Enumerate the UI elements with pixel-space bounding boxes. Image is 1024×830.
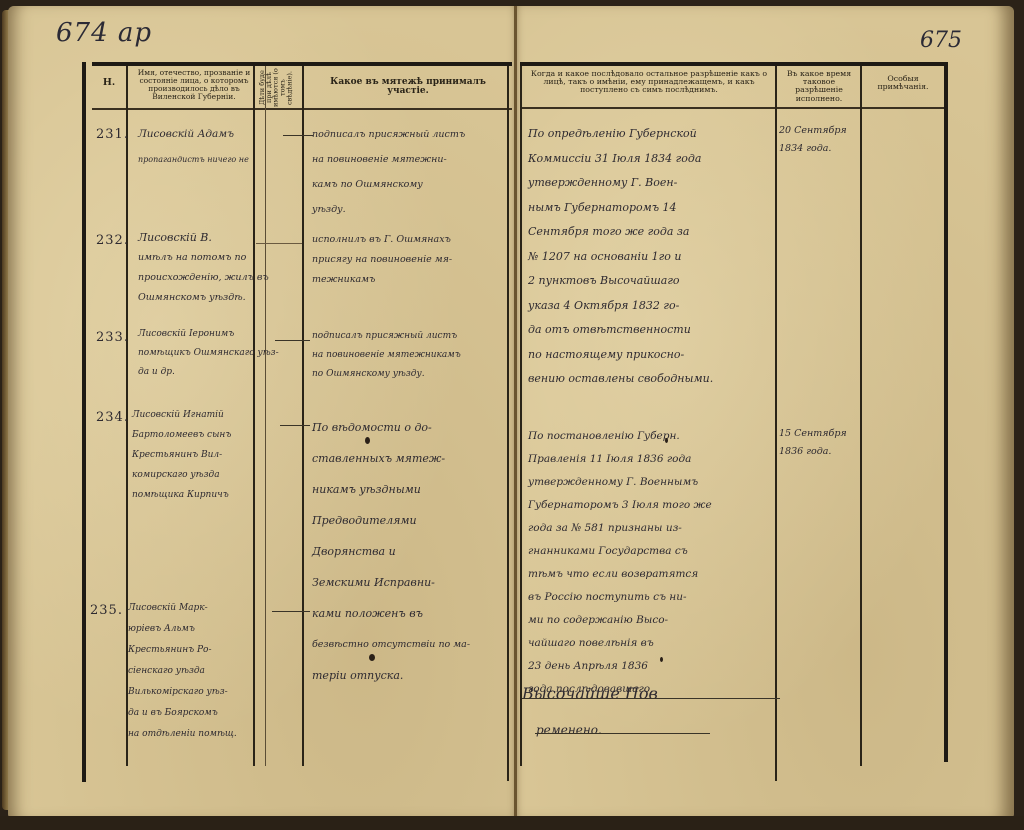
executed-line: 1834 года. (779, 140, 847, 158)
resolution-line: По опредѣленію Губернской (528, 122, 713, 147)
note-underline (535, 733, 710, 734)
participation-line: камъ по Ошмянскому (312, 172, 465, 197)
column-rule-name (253, 66, 255, 766)
name-line: Лисовскій Марк- (128, 598, 237, 619)
ink-spot (369, 654, 375, 661)
name-line: Лисовскій В. (138, 228, 269, 248)
entry-number-234: 234. (96, 405, 129, 430)
entry-dash (280, 425, 310, 426)
name-line: юріевъ Альмъ (128, 619, 237, 640)
header-bottom-rule-right (520, 107, 948, 109)
ledger-book-spread: 674 ар 675 Н. Имя, отечество, прозваніе … (0, 0, 1024, 830)
resolution-line: Губернаторомъ 3 Іюля того же (528, 494, 712, 517)
participation-line: ками положенъ въ (312, 598, 470, 629)
name-line: Бартоломеевъ сынъ (132, 425, 231, 445)
name-line: помѣщика Кирпичъ (132, 485, 231, 505)
participation-line: исполнилъ въ Г. Ошмянахъ (312, 230, 452, 250)
resolution-line: гнанниками Государства съ (528, 540, 712, 563)
name-line: да и др. (138, 363, 279, 382)
header-number: Н. (93, 78, 125, 88)
entry-232-name: Лисовскій В. имѣлъ на потомъ по происхож… (138, 228, 269, 308)
ink-spot (365, 437, 370, 444)
name-line: помѣщикъ Ошмянскаго уѣз- (138, 344, 279, 363)
resolution-line: Правленія 11 Іюля 1836 года (528, 448, 712, 471)
entry-number-233: 233. (96, 325, 129, 350)
note-line: ременено. (522, 712, 658, 748)
ink-spot (665, 438, 668, 443)
right-margin-rule (944, 62, 948, 762)
entry-233-name: Лисовскій Іеронимъ помѣщикъ Ошмянскаго у… (138, 325, 279, 382)
participation-line: присягу на повиновеніе мя- (312, 250, 452, 270)
right-page-left-rule (520, 66, 522, 766)
resolution-line: По постановленію Губерн. (528, 425, 712, 448)
entry-number-235: 235. (90, 598, 123, 623)
entry-234-resolution: По постановленію Губерн. Правленія 11 Ію… (528, 425, 712, 701)
entry-235-name: Лисовскій Марк- юріевъ Альмъ Крестьянинъ… (128, 598, 237, 745)
entry-234-participation: По вѣдомости о до- ставленныхъ мятеж- ни… (312, 412, 470, 691)
participation-line: подписалъ присяжный листъ (312, 122, 465, 147)
header-name: Имя, отечество, прозваніе и состояніе ли… (135, 69, 253, 101)
participation-line: Предводителями (312, 505, 470, 536)
left-page-number: 674 ар (56, 18, 152, 48)
resolution-line: по настоящему прикосно- (528, 343, 713, 368)
column-rule-children-inner (265, 66, 266, 766)
resolution-line: 23 день Апрѣля 1836 (528, 655, 712, 678)
participation-line: уѣзду. (312, 197, 465, 222)
resolution-line: чайшаго повелѣнія въ (528, 632, 712, 655)
entry-234-imperial-note: Высочайше Пов ременено. (522, 676, 658, 748)
executed-line: 15 Сентября (779, 425, 847, 443)
participation-line: по Ошмянскому уѣзду. (312, 365, 461, 384)
header-participation: Какое въ мятежѣ принималъ участіе. (308, 78, 508, 97)
participation-line: По вѣдомости о до- (312, 412, 470, 443)
entry-231-resolution: По опредѣленію Губернской Коммиссіи 31 І… (528, 122, 713, 392)
name-line: Лисовскій Іеронимъ (138, 325, 279, 344)
entry-number-232: 232. (96, 228, 129, 253)
participation-line: подписалъ присяжный листъ (312, 327, 461, 346)
resolution-line: № 1207 на основаніи 1го и (528, 245, 713, 270)
executed-line: 20 Сентября (779, 122, 847, 140)
participation-line: Земскими Исправни- (312, 567, 470, 598)
header-executed: Въ какое время таковое разрѣшеніе исполн… (778, 70, 860, 103)
name-line: комирскаго уѣзда (132, 465, 231, 485)
name-line: Крестьянинъ Вил- (132, 445, 231, 465)
name-line: сіенскаго уѣзда (128, 661, 237, 682)
name-line: Вилькомірскаго уѣз- (128, 682, 237, 703)
ink-spot (660, 657, 663, 662)
resolution-line: нымъ Губернаторомъ 14 (528, 196, 713, 221)
entry-dash (272, 611, 310, 612)
participation-line: на повиновеніе мятежникамъ (312, 346, 461, 365)
resolution-line: тѣмъ что если возвратятся (528, 563, 712, 586)
entry-232-participation: исполнилъ въ Г. Ошмянахъ присягу на пови… (312, 230, 452, 290)
column-rule-resolution (775, 66, 777, 781)
name-line: на отдѣленіи помѣщ. (128, 724, 237, 745)
name-line: происхожденію, жилъ въ (138, 268, 269, 288)
entry-231-name: Лисовскій Адамъ пропагандистъ ничего не (138, 122, 249, 172)
executed-line: 1836 года. (779, 443, 847, 461)
entry-dash (275, 340, 310, 341)
participation-line: Дворянства и (312, 536, 470, 567)
header-top-rule-right (520, 62, 948, 66)
entry-231-executed: 20 Сентября 1834 года. (779, 122, 847, 158)
resolution-line: ми по содержанію Высо- (528, 609, 712, 632)
name-line: пропагандистъ ничего не (138, 147, 249, 172)
header-notes: Особыя примѣчанія. (862, 75, 944, 91)
resolution-line: указа 4 Октября 1832 го- (528, 294, 713, 319)
header-children: Дѣти буде при дѣлѣ имѣются (о томъ свѣдѣ… (259, 68, 299, 108)
column-rule-executed (860, 66, 862, 766)
name-line: Лисовскій Игнатій (132, 405, 231, 425)
entry-233-participation: подписалъ присяжный листъ на повиновеніе… (312, 327, 461, 384)
participation-line: безвѣстно отсутствіи по ма- (312, 629, 470, 660)
resolution-line: года за № 581 признаны из- (528, 517, 712, 540)
resolution-line: вению оставлены свободными. (528, 367, 713, 392)
resolution-line: 2 пунктовъ Высочайшаго (528, 269, 713, 294)
book-bottom-edge (0, 816, 1024, 830)
name-line: Крестьянинъ Ро- (128, 640, 237, 661)
right-page-number: 675 (920, 28, 962, 53)
participation-line: ставленныхъ мятеж- (312, 443, 470, 474)
resolution-line: да отъ отвѣтственности (528, 318, 713, 343)
left-margin-rule (82, 62, 86, 782)
page-gutter (514, 6, 517, 818)
participation-line: никамъ уѣздными (312, 474, 470, 505)
participation-line: на повиновеніе мятежни- (312, 147, 465, 172)
resolution-line: утвержденному Г. Воен- (528, 171, 713, 196)
column-rule-children (302, 66, 304, 766)
left-page-right-rule (507, 66, 509, 781)
entry-dash (283, 135, 313, 136)
participation-line: теріи отпуска. (312, 660, 470, 691)
resolution-line: въ Россію поступить съ ни- (528, 586, 712, 609)
entry-dash (256, 243, 302, 244)
note-line: Высочайше Пов (522, 676, 658, 712)
note-underline (522, 698, 780, 699)
resolution-line: Коммиссіи 31 Іюля 1834 года (528, 147, 713, 172)
entry-231-participation: подписалъ присяжный листъ на повиновеніе… (312, 122, 465, 222)
resolution-line: Сентября того же года за (528, 220, 713, 245)
name-line: Лисовскій Адамъ (138, 122, 249, 147)
header-resolution: Когда и какое послѣдовало остальное разр… (524, 70, 774, 95)
participation-line: тежникамъ (312, 270, 452, 290)
entry-number-231: 231. (96, 122, 129, 147)
name-line: да и въ Боярскомъ (128, 703, 237, 724)
name-line: Ошмянскомъ уѣздѣ. (138, 288, 269, 308)
entry-234-name: Лисовскій Игнатій Бартоломеевъ сынъ Крес… (132, 405, 231, 505)
entry-234-executed: 15 Сентября 1836 года. (779, 425, 847, 461)
resolution-line: утвержденному Г. Военнымъ (528, 471, 712, 494)
name-line: имѣлъ на потомъ по (138, 248, 269, 268)
